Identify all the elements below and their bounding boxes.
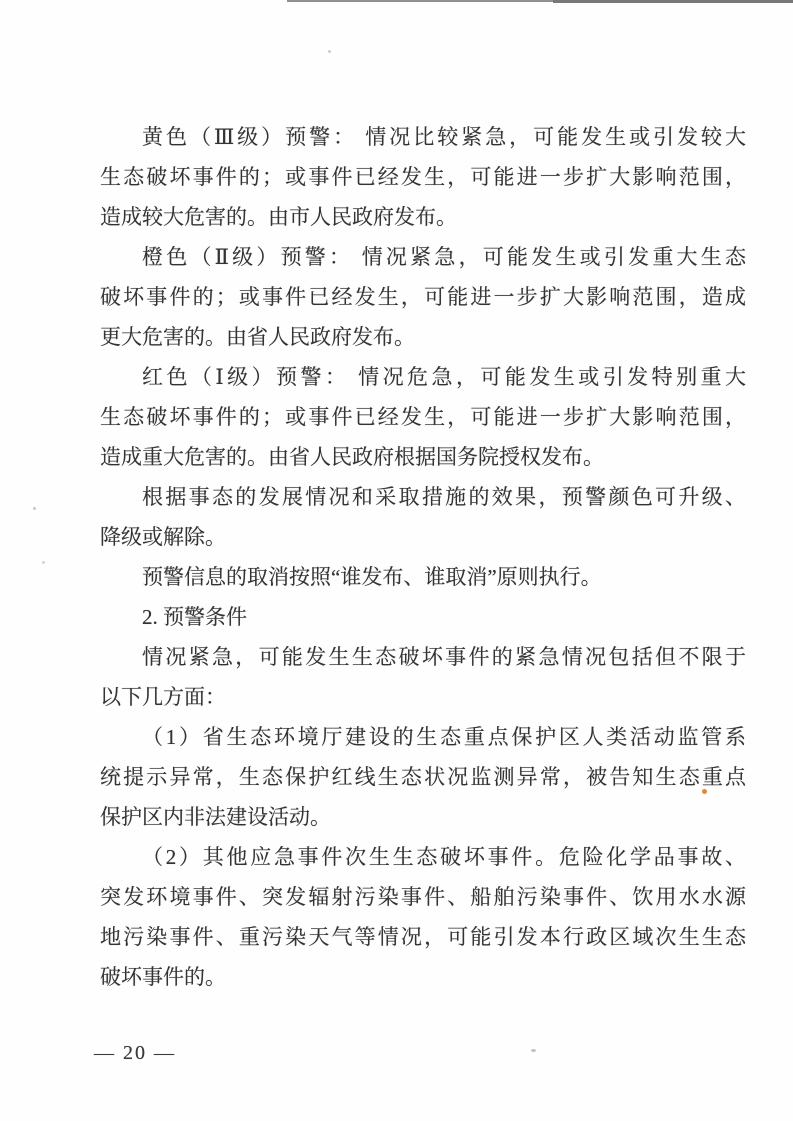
text-line-item2-1: （2）其他应急事件次生生态破坏事件。危险化学品事故、	[100, 837, 746, 877]
text-line-item2-4: 破坏事件的。	[100, 957, 746, 997]
page-number: — 20 —	[94, 1042, 176, 1065]
text-line-upgrade-1: 根据事态的发展情况和采取措施的效果，预警颜色可升级、	[100, 477, 746, 517]
text-line-item1-2: 统提示异常，生态保护红线生态状况监测异常，被告知生态重点	[100, 757, 746, 797]
text-line-yellow-warning-1: 黄色（Ⅲ级）预警： 情况比较紧急，可能发生或引发较大	[100, 117, 746, 157]
text-line-item1-3: 保护区内非法建设活动。	[100, 797, 746, 837]
scan-speck	[531, 1049, 536, 1052]
text-line-item2-3: 地污染事件、重污染天气等情况，可能引发本行政区域次生生态	[100, 917, 746, 957]
text-line-conditions-1: 情况紧急，可能发生生态破坏事件的紧急情况包括但不限于	[100, 637, 746, 677]
text-line-red-warning-2: 生态破坏事件的；或事件已经发生，可能进一步扩大影响范围，	[100, 397, 746, 437]
text-line-item1-1: （1）省生态环境厅建设的生态重点保护区人类活动监管系	[100, 717, 746, 757]
text-line-orange-warning-2: 破坏事件的；或事件已经发生，可能进一步扩大影响范围，造成	[100, 277, 746, 317]
text-line-orange-warning-1: 橙色（Ⅱ级）预警： 情况紧急，可能发生或引发重大生态	[100, 237, 746, 277]
scan-speck	[33, 507, 36, 510]
scan-speck	[328, 50, 331, 53]
scan-speck	[42, 561, 45, 564]
text-line-red-warning-1: 红色（Ⅰ级）预警： 情况危急，可能发生或引发特别重大	[100, 357, 746, 397]
scan-artifact-top-edge-dark	[553, 0, 793, 3]
document-body-text: 黄色（Ⅲ级）预警： 情况比较紧急，可能发生或引发较大 生态破坏事件的；或事件已经…	[100, 117, 746, 997]
text-line-conditions-2: 以下几方面：	[100, 677, 746, 717]
text-line-item2-2: 突发环境事件、突发辐射污染事件、船舶污染事件、饮用水水源	[100, 877, 746, 917]
text-line-upgrade-2: 降级或解除。	[100, 517, 746, 557]
text-line-orange-warning-3: 更大危害的。由省人民政府发布。	[100, 317, 746, 357]
text-line-red-warning-3: 造成重大危害的。由省人民政府根据国务院授权发布。	[100, 437, 746, 477]
text-line-section-heading: 2. 预警条件	[100, 597, 746, 637]
text-line-cancel-principle: 预警信息的取消按照“谁发布、谁取消”原则执行。	[100, 557, 746, 597]
text-line-yellow-warning-3: 造成较大危害的。由市人民政府发布。	[100, 197, 746, 237]
scanned-document-page: 黄色（Ⅲ级）预警： 情况比较紧急，可能发生或引发较大 生态破坏事件的；或事件已经…	[0, 0, 793, 1121]
text-line-yellow-warning-2: 生态破坏事件的；或事件已经发生，可能进一步扩大影响范围，	[100, 157, 746, 197]
